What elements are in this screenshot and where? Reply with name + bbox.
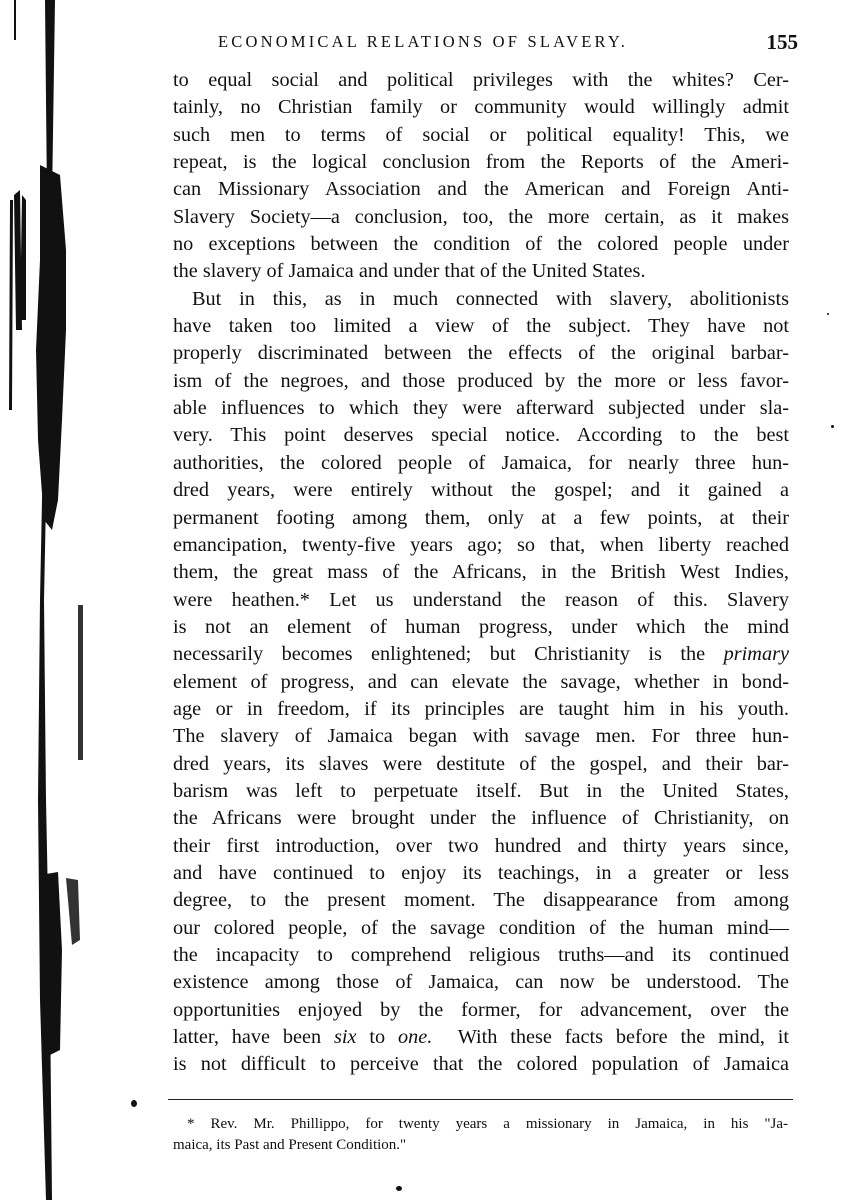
text-line: emancipation, twenty-five years ago; so …	[173, 532, 789, 559]
text-line: were heathen.* Let us understand the rea…	[173, 587, 789, 614]
text-line: permanent footing among them, only at a …	[173, 505, 789, 532]
text-line: dred years, were entirely without the go…	[173, 477, 789, 504]
footnote-line: * Rev. Mr. Phillippo, for twenty years a…	[173, 1114, 788, 1135]
text-line: tainly, no Christian family or community…	[173, 94, 789, 121]
scan-speck	[131, 1100, 137, 1107]
body-text: to equal social and political privileges…	[173, 67, 789, 1079]
text-line: authorities, the colored people of Jamai…	[173, 450, 789, 477]
text-segment: to	[369, 1026, 385, 1048]
running-header: ECONOMICAL RELATIONS OF SLAVERY. 155	[218, 30, 794, 56]
text-line: is not difficult to perceive that the co…	[173, 1051, 789, 1078]
footnote-divider	[168, 1099, 793, 1100]
text-segment: latter, have been	[173, 1026, 321, 1048]
text-line: age or in freedom, if its principles are…	[173, 696, 789, 723]
text-line: can Missionary Association and the Ameri…	[173, 176, 789, 203]
text-line: element of progress, and can elevate the…	[173, 669, 789, 696]
running-title: ECONOMICAL RELATIONS OF SLAVERY.	[218, 32, 628, 52]
text-line: repeat, is the logical conclusion from t…	[173, 149, 789, 176]
paragraph-start-line: But in this, as in much connected with s…	[173, 286, 789, 313]
text-line: have taken too limited a view of the sub…	[173, 313, 789, 340]
text-line: barism was left to perpetuate itself. Bu…	[173, 778, 789, 805]
text-line: dred years, its slaves were destitute of…	[173, 751, 789, 778]
text-line: to equal social and political privileges…	[173, 67, 789, 94]
text-line-with-italics: latter, have been six to one. With these…	[173, 1024, 789, 1051]
text-line: existence among those of Jamaica, can no…	[173, 969, 789, 996]
italic-word-one: one.	[398, 1026, 432, 1048]
text-line: them, the great mass of the Africans, in…	[173, 559, 789, 586]
text-line: Slavery Society—a conclusion, too, the m…	[173, 204, 789, 231]
text-line: and have continued to enjoy its teaching…	[173, 860, 789, 887]
text-line: our colored people, of the savage condit…	[173, 915, 789, 942]
text-line: no exceptions between the condition of t…	[173, 231, 789, 258]
text-line: ism of the negroes, and those produced b…	[173, 368, 789, 395]
text-segment: With these facts before the mind, it	[458, 1026, 789, 1048]
italic-word-primary: primary	[724, 643, 789, 665]
italic-word-six: six	[334, 1026, 357, 1048]
text-line: able influences to which they were after…	[173, 395, 789, 422]
text-line: the incapacity to comprehend religious t…	[173, 942, 789, 969]
footnote: * Rev. Mr. Phillippo, for twenty years a…	[173, 1114, 788, 1156]
text-line: the Africans were brought under the infl…	[173, 805, 789, 832]
text-line: such men to terms of social or political…	[173, 122, 789, 149]
footnote-line: maica, its Past and Present Condition."	[173, 1135, 788, 1156]
text-line: is not an element of human progress, und…	[173, 614, 789, 641]
text-line: degree, to the present moment. The disap…	[173, 887, 789, 914]
scan-speck	[827, 313, 829, 315]
text-line: their first introduction, over two hundr…	[173, 833, 789, 860]
text-line: The slavery of Jamaica began with savage…	[173, 723, 789, 750]
page-number: 155	[767, 30, 799, 55]
scan-speck	[396, 1186, 402, 1191]
text-line-with-italic: necessarily becomes enlightened; but Chr…	[173, 641, 789, 668]
text-line: the slavery of Jamaica and under that of…	[173, 258, 789, 285]
binding-shadow	[0, 0, 160, 1200]
text-line: opportunities enjoyed by the former, for…	[173, 997, 789, 1024]
scan-speck	[831, 425, 834, 428]
text-line: properly discriminated between the effec…	[173, 340, 789, 367]
text-line: very. This point deserves special notice…	[173, 422, 789, 449]
text-segment: necessarily becomes enlightened; but Chr…	[173, 643, 705, 665]
